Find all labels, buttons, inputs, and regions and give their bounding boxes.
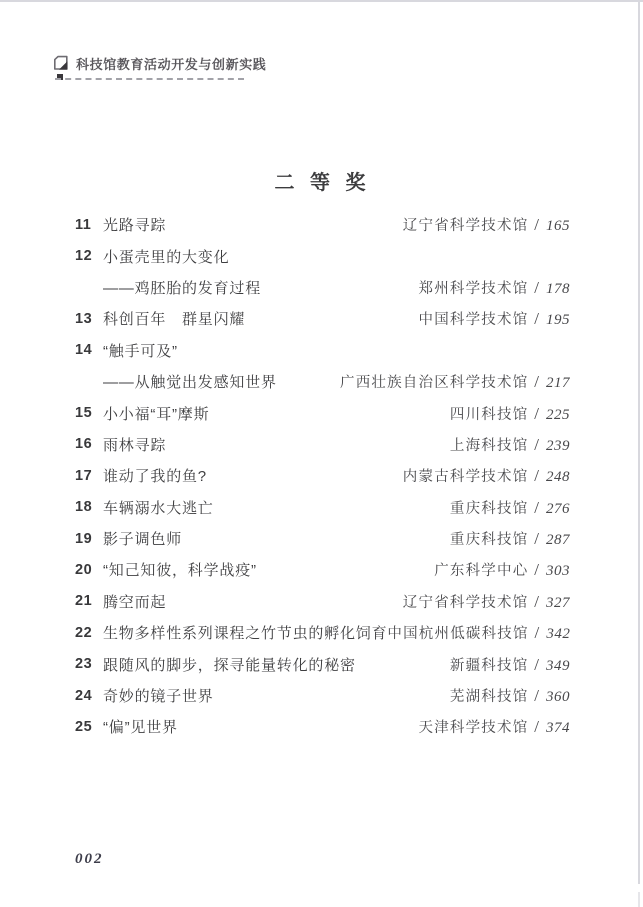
entry-ref: 新疆科技馆 / 349 [450,654,570,675]
entry-ref: 上海科技馆 / 239 [450,434,570,455]
toc-line: 14 “触手可及” [75,335,570,366]
entry-number: 22 [75,625,103,641]
toc-line: 15 小小福“耳”摩斯 四川科技馆 / 225 [75,397,570,428]
toc-line: 16 雨林寻踪 上海科技馆 / 239 [75,429,570,460]
entry-source: 中国杭州低碳科技馆 [387,626,528,642]
toc-list: 11 光路寻踪 辽宁省科学技术馆 / 165 12 小蛋壳里的大变化 ——鸡胚胎… [75,209,570,743]
entry-page: 178 [546,281,570,297]
slash-separator: / [533,560,541,579]
entry-page: 248 [546,469,570,485]
entry-page: 165 [546,218,570,234]
page-number: 002 [75,851,104,868]
entry-title: 奇妙的镜子世界 [103,685,214,706]
entry-title: 生物多样性系列课程之竹节虫的孵化饲育 [103,622,387,643]
entry-ref: 郑州科学技术馆 / 178 [419,277,571,298]
toc-line: 11 光路寻踪 辽宁省科学技术馆 / 165 [75,209,570,240]
slash-separator: / [533,278,541,297]
toc-line: 17 谁动了我的鱼? 内蒙古科学技术馆 / 248 [75,460,570,491]
toc-line: 22 生物多样性系列课程之竹节虫的孵化饲育 中国杭州低碳科技馆 / 342 [75,617,570,648]
toc-line: 19 影子调色师 重庆科技馆 / 287 [75,523,570,554]
entry-title: “偏”见世界 [103,716,178,737]
toc-line: 23 跟随风的脚步，探寻能量转化的秘密 新疆科技馆 / 349 [75,648,570,679]
entry-ref: 四川科技馆 / 225 [450,403,570,424]
page-edge-right [638,0,640,884]
entry-ref: 天津科学技术馆 / 374 [419,716,571,737]
entry-title: 小蛋壳里的大变化 [103,246,229,267]
entry-ref: 内蒙古科学技术馆 / 248 [403,465,570,486]
entry-source: 内蒙古科学技术馆 [403,469,529,485]
toc-line: 12 小蛋壳里的大变化 [75,240,570,271]
entry-ref: 广西壮族自治区科学技术馆 / 217 [340,371,570,392]
entry-title: 跟随风的脚步，探寻能量转化的秘密 [103,654,356,675]
entry-title: 影子调色师 [103,528,182,549]
entry-source: 天津科学技术馆 [419,720,529,736]
entry-page: 349 [546,658,570,674]
entry-ref: 芜湖科技馆 / 360 [450,685,570,706]
slash-separator: / [533,372,541,391]
entry-number: 20 [75,562,103,578]
toc-line: ——从触觉出发感知世界 广西壮族自治区科学技术馆 / 217 [75,366,570,397]
entry-page: 225 [546,407,570,423]
slash-separator: / [533,592,541,611]
entry-page: 287 [546,532,570,548]
entry-source: 四川科技馆 [450,407,529,423]
entry-title: 光路寻踪 [103,214,166,235]
slash-separator: / [533,435,541,454]
entry-ref: 中国科学技术馆 / 195 [419,308,571,329]
entry-subtitle: ——从触觉出发感知世界 [103,371,277,392]
slash-separator: / [533,686,541,705]
entry-source: 广西壮族自治区科学技术馆 [340,375,528,391]
slash-separator: / [533,466,541,485]
slash-separator: / [533,655,541,674]
slash-separator: / [533,309,541,328]
entry-number: 21 [75,593,103,609]
entry-number: 19 [75,531,103,547]
slash-separator: / [533,498,541,517]
toc-line: 21 腾空而起 辽宁省科学技术馆 / 327 [75,586,570,617]
page-edge-top [0,0,643,2]
toc-line: 24 奇妙的镜子世界 芜湖科技馆 / 360 [75,680,570,711]
entry-subtitle: ——鸡胚胎的发育过程 [103,277,261,298]
slash-separator: / [533,404,541,423]
entry-source: 重庆科技馆 [450,501,529,517]
entry-number: 25 [75,719,103,735]
entry-number: 14 [75,342,103,358]
entry-ref: 广东科学中心 / 303 [434,559,570,580]
entry-source: 重庆科技馆 [450,532,529,548]
entry-number: 11 [75,217,103,233]
entry-number: 15 [75,405,103,421]
toc-line: ——鸡胚胎的发育过程 郑州科学技术馆 / 178 [75,272,570,303]
page-curl-icon [52,54,71,73]
entry-page: 303 [546,563,570,579]
entry-title: 谁动了我的鱼? [103,465,207,486]
entry-source: 辽宁省科学技术馆 [403,218,529,234]
entry-page: 374 [546,720,570,736]
entry-title: 小小福“耳”摩斯 [103,403,209,424]
entry-ref: 辽宁省科学技术馆 / 327 [403,591,570,612]
entry-ref: 重庆科技馆 / 287 [450,528,570,549]
entry-ref: 重庆科技馆 / 276 [450,497,570,518]
entry-source: 上海科技馆 [450,438,529,454]
entry-page: 239 [546,438,570,454]
entry-title: 车辆溺水大逃亡 [103,497,214,518]
entry-source: 郑州科学技术馆 [419,281,529,297]
entry-number: 13 [75,311,103,327]
page-edge-right-lower [638,892,640,907]
entry-number: 18 [75,499,103,515]
entry-page: 195 [546,312,570,328]
entry-source: 广东科学中心 [434,563,528,579]
slash-separator: / [533,529,541,548]
entry-page: 342 [546,626,570,642]
entry-source: 辽宁省科学技术馆 [403,595,529,611]
entry-page: 276 [546,501,570,517]
toc-line: 25 “偏”见世界 天津科学技术馆 / 374 [75,711,570,742]
section-title: 二 等 奖 [75,166,570,195]
entry-source: 芜湖科技馆 [450,689,529,705]
toc-line: 20 “知己知彼，科学战疫” 广东科学中心 / 303 [75,554,570,585]
entry-ref: 辽宁省科学技术馆 / 165 [403,214,570,235]
entry-page: 327 [546,595,570,611]
toc-line: 13 科创百年 群星闪耀 中国科学技术馆 / 195 [75,303,570,334]
entry-source: 新疆科技馆 [450,658,529,674]
entry-title: 科创百年 群星闪耀 [103,308,245,329]
running-header: 科技馆教育活动开发与创新实践 [52,54,292,84]
entry-title: 雨林寻踪 [103,434,166,455]
entry-number: 23 [75,656,103,672]
entry-page: 360 [546,689,570,705]
running-header-title: 科技馆教育活动开发与创新实践 [76,54,266,73]
entry-number: 24 [75,688,103,704]
entry-number: 17 [75,468,103,484]
entry-ref: 中国杭州低碳科技馆 / 342 [387,622,570,643]
entry-page: 217 [546,375,570,391]
entry-title: 腾空而起 [103,591,166,612]
entry-number: 16 [75,436,103,452]
entry-title: “触手可及” [103,340,178,361]
slash-separator: / [533,717,541,736]
entry-number: 12 [75,248,103,264]
entry-title: “知己知彼，科学战疫” [103,559,257,580]
toc-line: 18 车辆溺水大逃亡 重庆科技馆 / 276 [75,492,570,523]
entry-source: 中国科学技术馆 [419,312,529,328]
slash-separator: / [534,623,542,642]
header-dashed-underline [55,78,244,80]
slash-separator: / [533,215,541,234]
